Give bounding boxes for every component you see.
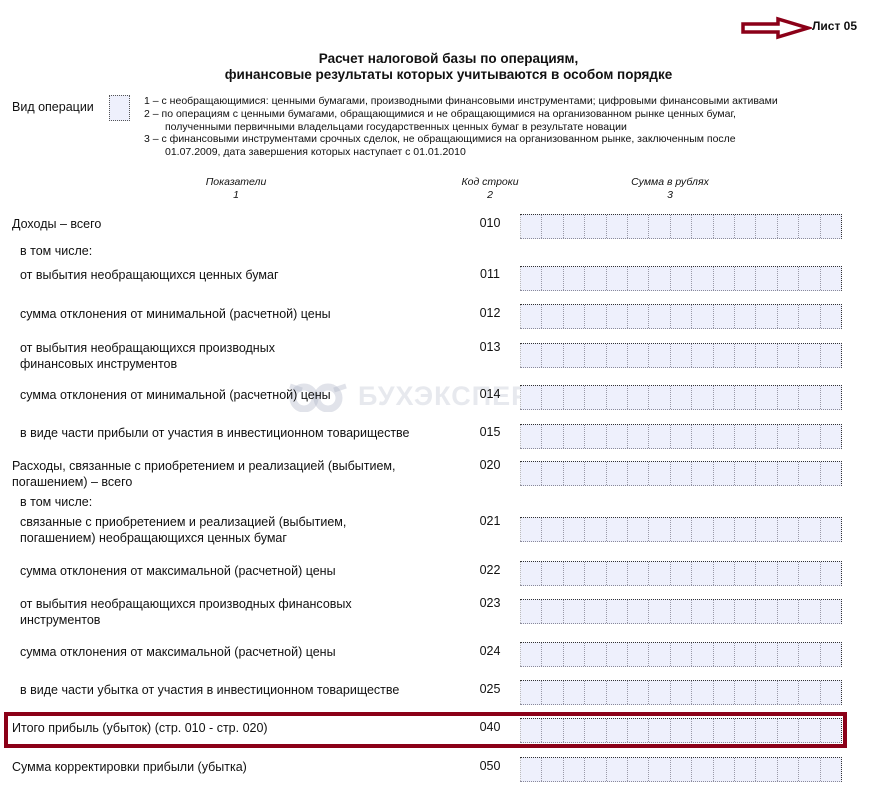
operation-note-3-cont: 01.07.2009, дата завершения которых наст… [144,146,778,159]
digit-cell[interactable] [670,681,691,704]
digit-cell[interactable] [584,425,605,448]
row-label-line: Доходы – всего [12,216,101,232]
digit-cell[interactable] [691,643,712,666]
digit-cell[interactable] [520,681,541,704]
digit-cell[interactable] [563,215,584,238]
row-label: связанные с приобретением и реализацией … [20,514,346,546]
row-label: от выбытия необращающихся производных фи… [20,596,352,628]
amount-input-014[interactable] [520,385,842,410]
operation-note-2-cont: полученными первичными владельцами госуд… [144,121,778,134]
digit-cell[interactable] [627,386,648,409]
row-label-line: инструментов [20,612,352,628]
digit-cell[interactable] [734,462,755,485]
digit-cell[interactable] [627,425,648,448]
digit-cell[interactable] [606,215,627,238]
digit-cell[interactable] [691,562,712,585]
digit-cell[interactable] [691,344,712,367]
digit-cell[interactable] [734,425,755,448]
row-label: в виде части убытка от участия в инвести… [20,682,399,698]
digit-cell[interactable] [520,425,541,448]
digit-cell[interactable] [520,600,541,623]
digit-cell[interactable] [584,643,605,666]
digit-cell[interactable] [541,305,562,328]
digit-cell[interactable] [541,518,562,541]
digit-cell[interactable] [734,681,755,704]
digit-cell[interactable] [606,425,627,448]
row-label: сумма отклонения от максимальной (расчет… [20,644,336,660]
digit-cell[interactable] [755,562,776,585]
row-label-line: в виде части убытка от участия в инвести… [20,682,399,698]
operation-note-1: 1 – с необращающимися: ценными бумагами,… [144,95,778,108]
digit-cell[interactable] [584,305,605,328]
amount-input-010[interactable] [520,214,842,239]
digit-cell[interactable] [755,758,776,781]
row-label-line: в виде части прибыли от участия в инвест… [20,425,410,441]
digit-cell[interactable] [777,267,798,290]
digit-cell[interactable] [541,386,562,409]
digit-cell[interactable] [606,462,627,485]
digit-cell[interactable] [670,267,691,290]
digit-cell[interactable] [670,305,691,328]
row-code: 012 [472,306,508,320]
digit-cell[interactable] [541,267,562,290]
digit-cell[interactable] [777,425,798,448]
digit-cell[interactable] [670,758,691,781]
digit-cell[interactable] [691,758,712,781]
digit-cell[interactable] [691,267,712,290]
digit-cell[interactable] [777,600,798,623]
digit-cell[interactable] [734,518,755,541]
digit-cell[interactable] [648,518,669,541]
digit-cell[interactable] [755,643,776,666]
digit-cell[interactable] [820,518,841,541]
digit-cell[interactable] [541,643,562,666]
digit-cell[interactable] [627,462,648,485]
digit-cell[interactable] [734,600,755,623]
row-code: 020 [472,458,508,472]
digit-cell[interactable] [691,600,712,623]
row-label-line: сумма отклонения от минимальной (расчетн… [20,306,331,322]
digit-cell[interactable] [798,518,819,541]
digit-cell[interactable] [541,758,562,781]
column-title: Код строки [440,176,540,189]
column-header-code: Код строки 2 [440,176,540,202]
digit-cell[interactable] [541,562,562,585]
digit-cell[interactable] [563,267,584,290]
operation-type-input[interactable] [109,95,130,121]
row-code: 022 [472,563,508,577]
amount-input-012[interactable] [520,304,842,329]
row-code: 015 [472,425,508,439]
row-label-line: от выбытия необращающихся производных [20,340,275,356]
digit-cell[interactable] [713,386,734,409]
digit-cell[interactable] [670,425,691,448]
row-code: 025 [472,682,508,696]
digit-cell[interactable] [648,462,669,485]
digit-cell[interactable] [584,681,605,704]
digit-cell[interactable] [584,386,605,409]
digit-cell[interactable] [713,643,734,666]
digit-cell[interactable] [713,600,734,623]
digit-cell[interactable] [755,215,776,238]
row-label: в том числе: [20,243,92,259]
operation-type-label: Вид операции [12,100,94,114]
arrow-right-icon [740,16,812,40]
row-label: сумма отклонения от минимальной (расчетн… [20,387,331,403]
digit-cell[interactable] [606,681,627,704]
digit-cell[interactable] [734,267,755,290]
row-label: от выбытия необращающихся ценных бумаг [20,267,279,283]
digit-cell[interactable] [798,600,819,623]
digit-cell[interactable] [606,643,627,666]
digit-cell[interactable] [820,305,841,328]
digit-cell[interactable] [520,305,541,328]
digit-cell[interactable] [670,562,691,585]
digit-cell[interactable] [584,462,605,485]
highlight-frame-row-040 [4,712,847,748]
digit-cell[interactable] [627,267,648,290]
column-title: Сумма в рублях [600,176,740,189]
form-title: Расчет налоговой базы по операциям, фина… [0,51,879,83]
digit-cell[interactable] [734,562,755,585]
digit-cell[interactable] [541,600,562,623]
digit-cell[interactable] [798,215,819,238]
amount-input-022[interactable] [520,561,842,586]
digit-cell[interactable] [584,600,605,623]
digit-cell[interactable] [798,758,819,781]
column-number: 1 [186,189,286,202]
amount-input-023[interactable] [520,599,842,624]
digit-cell[interactable] [670,643,691,666]
digit-cell[interactable] [584,267,605,290]
digit-cell[interactable] [584,518,605,541]
digit-cell[interactable] [541,462,562,485]
digit-cell[interactable] [627,562,648,585]
digit-cell[interactable] [691,518,712,541]
digit-cell[interactable] [691,462,712,485]
digit-cell[interactable] [648,643,669,666]
digit-cell[interactable] [691,215,712,238]
form-title-line2: финансовые результаты которых учитываютс… [0,67,879,83]
digit-cell[interactable] [755,425,776,448]
digit-cell[interactable] [606,344,627,367]
digit-cell[interactable] [584,215,605,238]
digit-cell[interactable] [820,215,841,238]
column-number: 3 [600,189,740,202]
row-code: 021 [472,514,508,528]
digit-cell[interactable] [777,643,798,666]
digit-cell[interactable] [820,643,841,666]
operation-note-2: 2 – по операциям с ценными бумагами, обр… [144,108,778,121]
digit-cell[interactable] [798,425,819,448]
digit-cell[interactable] [777,518,798,541]
amount-input-013[interactable] [520,343,842,368]
digit-cell[interactable] [713,462,734,485]
digit-cell[interactable] [563,562,584,585]
column-title: Показатели [186,176,286,189]
digit-cell[interactable] [798,643,819,666]
digit-cell[interactable] [563,758,584,781]
digit-cell[interactable] [798,386,819,409]
digit-cell[interactable] [606,600,627,623]
digit-cell[interactable] [820,600,841,623]
digit-cell[interactable] [777,562,798,585]
digit-cell[interactable] [734,215,755,238]
digit-cell[interactable] [520,462,541,485]
digit-cell[interactable] [648,386,669,409]
digit-cell[interactable] [777,758,798,781]
digit-cell[interactable] [713,518,734,541]
digit-cell[interactable] [541,425,562,448]
amount-input-025[interactable] [520,680,842,705]
digit-cell[interactable] [713,344,734,367]
digit-cell[interactable] [713,267,734,290]
digit-cell[interactable] [648,267,669,290]
column-header-indicators: Показатели 1 [186,176,286,202]
row-label-line: Расходы, связанные с приобретением и реа… [12,458,396,474]
row-code: 014 [472,387,508,401]
column-number: 2 [440,189,540,202]
digit-cell[interactable] [798,681,819,704]
row-code: 011 [472,267,508,281]
digit-cell[interactable] [520,267,541,290]
digit-cell[interactable] [713,758,734,781]
digit-cell[interactable] [777,344,798,367]
digit-cell[interactable] [820,562,841,585]
digit-cell[interactable] [798,462,819,485]
watermark-text: БУХЭКСПЕРТ [358,381,547,412]
row-label: Сумма корректировки прибыли (убытка) [12,759,247,775]
digit-cell[interactable] [606,386,627,409]
digit-cell[interactable] [648,344,669,367]
digit-cell[interactable] [563,425,584,448]
digit-cell[interactable] [584,344,605,367]
digit-cell[interactable] [691,305,712,328]
row-label: сумма отклонения от минимальной (расчетн… [20,306,331,322]
form-title-line1: Расчет налоговой базы по операциям, [0,51,879,67]
digit-cell[interactable] [713,305,734,328]
digit-cell[interactable] [670,386,691,409]
digit-cell[interactable] [627,681,648,704]
digit-cell[interactable] [520,386,541,409]
digit-cell[interactable] [520,518,541,541]
column-header-sum: Сумма в рублях 3 [600,176,740,202]
digit-cell[interactable] [606,758,627,781]
row-code: 013 [472,340,508,354]
digit-cell[interactable] [670,344,691,367]
digit-cell[interactable] [820,344,841,367]
operation-note-3: 3 – с финансовыми инструментами срочных … [144,133,778,146]
digit-cell[interactable] [820,425,841,448]
digit-cell[interactable] [648,681,669,704]
amount-input-020[interactable] [520,461,842,486]
digit-cell[interactable] [734,344,755,367]
digit-cell[interactable] [713,562,734,585]
digit-cell[interactable] [520,344,541,367]
digit-cell[interactable] [670,462,691,485]
row-label-line: от выбытия необращающихся ценных бумаг [20,267,279,283]
row-label-line: связанные с приобретением и реализацией … [20,514,346,530]
row-label: Доходы – всего [12,216,101,232]
digit-cell[interactable] [563,386,584,409]
digit-cell[interactable] [691,681,712,704]
digit-cell[interactable] [755,386,776,409]
digit-cell[interactable] [798,344,819,367]
row-label-line: от выбытия необращающихся производных фи… [20,596,352,612]
digit-cell[interactable] [648,305,669,328]
digit-cell[interactable] [777,386,798,409]
digit-cell[interactable] [777,215,798,238]
amount-input-024[interactable] [520,642,842,667]
row-label-line: в том числе: [20,494,92,510]
digit-cell[interactable] [627,215,648,238]
digit-cell[interactable] [627,643,648,666]
digit-cell[interactable] [777,462,798,485]
digit-cell[interactable] [777,681,798,704]
digit-cell[interactable] [627,518,648,541]
digit-cell[interactable] [520,643,541,666]
digit-cell[interactable] [563,344,584,367]
digit-cell[interactable] [820,386,841,409]
digit-cell[interactable] [798,305,819,328]
row-label: сумма отклонения от максимальной (расчет… [20,563,336,579]
amount-input-021[interactable] [520,517,842,542]
amount-input-011[interactable] [520,266,842,291]
digit-cell[interactable] [820,758,841,781]
digit-cell[interactable] [648,425,669,448]
row-code: 010 [472,216,508,230]
row-code: 050 [472,759,508,773]
digit-cell[interactable] [563,518,584,541]
digit-cell[interactable] [627,344,648,367]
digit-cell[interactable] [755,305,776,328]
digit-cell[interactable] [563,305,584,328]
digit-cell[interactable] [798,267,819,290]
digit-cell[interactable] [627,600,648,623]
digit-cell[interactable] [606,518,627,541]
digit-cell[interactable] [691,425,712,448]
digit-cell[interactable] [713,681,734,704]
digit-cell[interactable] [820,462,841,485]
digit-cell[interactable] [755,462,776,485]
digit-cell[interactable] [734,305,755,328]
row-label-line: сумма отклонения от максимальной (расчет… [20,563,336,579]
digit-cell[interactable] [627,758,648,781]
digit-cell[interactable] [563,643,584,666]
row-code: 023 [472,596,508,610]
row-label-line: погашением) – всего [12,474,396,490]
digit-cell[interactable] [798,562,819,585]
digit-cell[interactable] [541,681,562,704]
digit-cell[interactable] [713,215,734,238]
row-code: 024 [472,644,508,658]
digit-cell[interactable] [820,267,841,290]
row-label-line: погашением) необращающихся ценных бумаг [20,530,346,546]
row-label-line: сумма отклонения от минимальной (расчетн… [20,387,331,403]
digit-cell[interactable] [820,681,841,704]
digit-cell[interactable] [541,215,562,238]
digit-cell[interactable] [563,681,584,704]
digit-cell[interactable] [648,600,669,623]
digit-cell[interactable] [648,758,669,781]
amount-input-050[interactable] [520,757,842,782]
digit-cell[interactable] [584,758,605,781]
digit-cell[interactable] [734,758,755,781]
digit-cell[interactable] [584,562,605,585]
digit-cell[interactable] [734,386,755,409]
digit-cell[interactable] [691,386,712,409]
digit-cell[interactable] [734,643,755,666]
digit-cell[interactable] [648,562,669,585]
digit-cell[interactable] [755,344,776,367]
row-label-line: в том числе: [20,243,92,259]
row-label: от выбытия необращающихся производныхфин… [20,340,275,372]
row-label-line: финансовых инструментов [20,356,275,372]
digit-cell[interactable] [755,600,776,623]
row-label: Расходы, связанные с приобретением и реа… [12,458,396,490]
digit-cell[interactable] [777,305,798,328]
digit-cell[interactable] [563,462,584,485]
digit-cell[interactable] [755,518,776,541]
digit-cell[interactable] [713,425,734,448]
digit-cell[interactable] [606,267,627,290]
row-label: в виде части прибыли от участия в инвест… [20,425,410,441]
digit-cell[interactable] [670,600,691,623]
amount-input-015[interactable] [520,424,842,449]
row-label-line: Сумма корректировки прибыли (убытка) [12,759,247,775]
digit-cell[interactable] [520,758,541,781]
digit-cell[interactable] [755,267,776,290]
sheet-label: Лист 05 [812,19,857,33]
row-label-line: сумма отклонения от максимальной (расчет… [20,644,336,660]
digit-cell[interactable] [606,305,627,328]
digit-cell[interactable] [755,681,776,704]
digit-cell[interactable] [670,215,691,238]
digit-cell[interactable] [670,518,691,541]
digit-cell[interactable] [627,305,648,328]
row-label: в том числе: [20,494,92,510]
digit-cell[interactable] [520,215,541,238]
digit-cell[interactable] [563,600,584,623]
digit-cell[interactable] [541,344,562,367]
digit-cell[interactable] [606,562,627,585]
digit-cell[interactable] [520,562,541,585]
digit-cell[interactable] [648,215,669,238]
operation-type-notes: 1 – с необращающимися: ценными бумагами,… [144,95,778,159]
